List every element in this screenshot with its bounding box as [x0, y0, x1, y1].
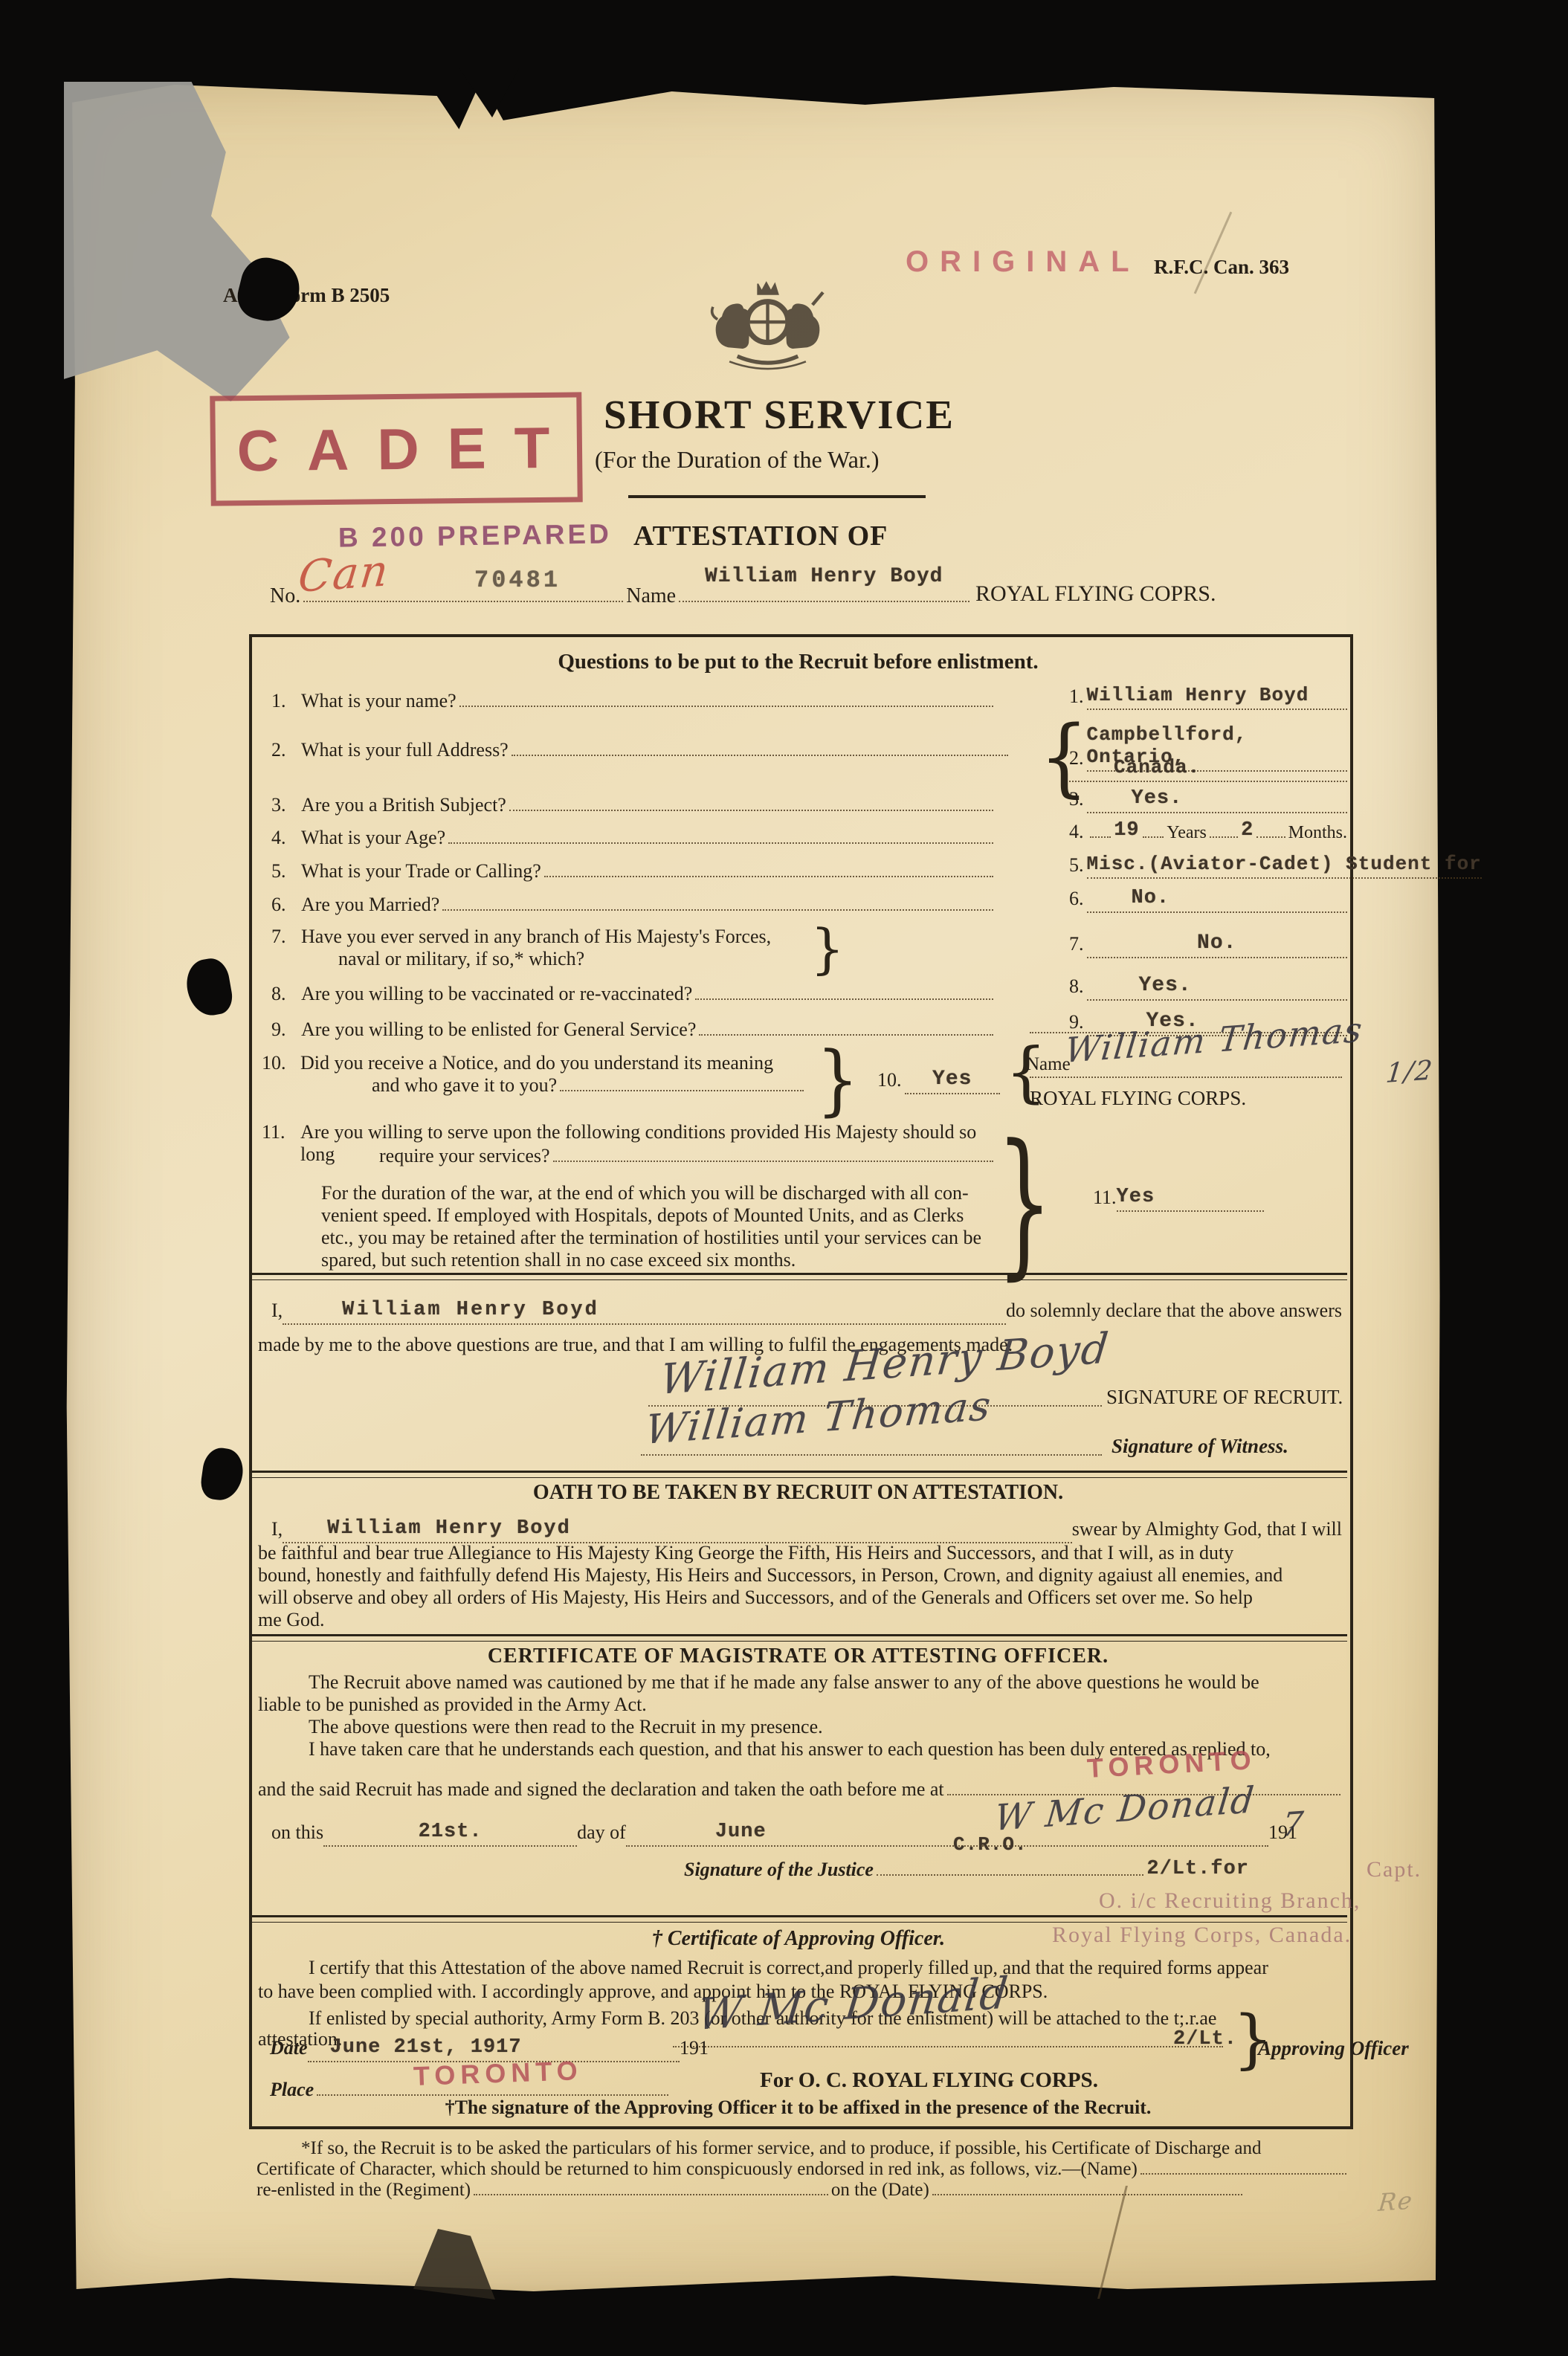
- answer-row: Canada.: [1069, 758, 1347, 782]
- cadet-stamp: CADET: [210, 392, 583, 506]
- conditions-line: etc., you may be retained after the term…: [321, 1227, 990, 1249]
- answer-row: 4. 19 Years 2 Months.: [1069, 821, 1347, 845]
- question-number: 1.: [271, 690, 301, 712]
- oath-line: will observe and obey all orders of His …: [258, 1587, 1347, 1609]
- dotted-leader: [512, 755, 1008, 756]
- declaration-rest: do solemnly declare that the above answe…: [1006, 1300, 1342, 1322]
- approving-footnote: †The signature of the Approving Officer …: [249, 2097, 1347, 2119]
- answer-typed: No.: [1197, 932, 1236, 955]
- dotted-leader: [695, 998, 993, 1000]
- answer-field: Yes: [1117, 1188, 1264, 1212]
- date-label: Date: [270, 2037, 308, 2059]
- footer-note-text: re-enlisted in the (Regiment): [257, 2180, 471, 2201]
- lt-typed: 2/Lt.: [1173, 2028, 1237, 2050]
- answer-number: 8.: [1069, 975, 1084, 998]
- question-row: 6. Are you Married?: [271, 894, 996, 916]
- lt-for-typed: 2/Lt.for: [1146, 1858, 1249, 1880]
- justice-signature-line: Signature of the Justice 2/Lt.for: [684, 1859, 1249, 1882]
- question-text: What is your Age?: [301, 827, 445, 849]
- question-text: Are you willing to be vaccinated or re-v…: [301, 983, 692, 1005]
- oath-line: bound, honestly and faithfully defend Hi…: [258, 1564, 1347, 1587]
- dotted-leader: [442, 909, 993, 911]
- service-number-typed: 70481: [474, 567, 561, 594]
- question-row: naval or military, if so,* which?: [338, 948, 807, 970]
- question-text: require your services?: [379, 1145, 550, 1167]
- question-number: 2.: [271, 739, 301, 761]
- question-number: 5.: [271, 860, 301, 882]
- dotted-leader: [1210, 836, 1238, 838]
- corps-name-header: ROYAL FLYING COPRS.: [975, 581, 1216, 607]
- question-row: 9. Are you willing to be enlisted for Ge…: [271, 1019, 996, 1041]
- question-row: and who gave it to you?: [372, 1074, 807, 1097]
- age-months-typed: 2: [1241, 819, 1254, 842]
- margin-note-handwritten: 1/2: [1384, 1055, 1435, 1089]
- answer-field: William Henry Boyd: [1087, 686, 1348, 710]
- question-row: 1. What is your name?: [271, 690, 996, 712]
- question-text: Have you ever served in any branch of Hi…: [301, 926, 771, 948]
- title-rule: [628, 495, 926, 498]
- attestation-heading: ATTESTATION OF: [633, 520, 888, 553]
- before-me-text: and the said Recruit has made and signed…: [258, 1778, 944, 1801]
- for-oc-label: For O. C. ROYAL FLYING CORPS.: [760, 2068, 1098, 2093]
- answer-field: Misc.(Aviator-Cadet) Student for: [1087, 855, 1482, 879]
- question-number: 6.: [271, 894, 301, 916]
- answer-field: No.: [1087, 889, 1348, 913]
- answer-number: 4.: [1069, 821, 1084, 843]
- dotted-leader: [303, 601, 623, 602]
- question-brace: }: [816, 1042, 859, 1119]
- answer-row: 8. Yes.: [1069, 975, 1347, 1001]
- q10-corps-label: ROYAL FLYING CORPS.: [1030, 1087, 1246, 1110]
- i-label: I,: [271, 1300, 283, 1322]
- question-text: Are you willing to be enlisted for Gener…: [301, 1019, 696, 1041]
- answer-number: 11.: [1093, 1187, 1117, 1209]
- question-number: 9.: [271, 1019, 301, 1041]
- question-text: What is your Trade or Calling?: [301, 860, 541, 882]
- answer-typed: Misc.(Aviator-Cadet) Student for: [1087, 853, 1482, 875]
- question-row: 10. Did you receive a Notice, and do you…: [262, 1052, 812, 1074]
- age-years-typed: 19: [1114, 819, 1139, 842]
- section-divider: [249, 1634, 1347, 1642]
- oath-rest: swear by Almighty God, that I will: [1072, 1518, 1342, 1540]
- approving-officer-label: Approving Officer: [1258, 2037, 1409, 2060]
- form-subtitle: (For the Duration of the War.): [595, 446, 880, 474]
- months-label: Months.: [1288, 823, 1347, 844]
- answer-typed: Yes: [932, 1068, 972, 1091]
- dotted-line: [673, 2046, 1223, 2047]
- dotted-leader: [877, 1874, 1143, 1876]
- answer-number: 7.: [1069, 933, 1084, 955]
- oath-line: me God.: [258, 1609, 1347, 1631]
- years-label: Years: [1167, 823, 1207, 844]
- answer-typed: Canada.: [1114, 756, 1200, 778]
- signature-of-witness-label: Signature of Witness.: [1112, 1435, 1288, 1458]
- conditions-line: spared, but such retention shall in no c…: [321, 1249, 990, 1271]
- question-row: 4. What is your Age?: [271, 827, 996, 849]
- answer-typed: Yes.: [1139, 974, 1192, 997]
- answer-typed: No.: [1132, 887, 1170, 909]
- answer-number: 6.: [1069, 888, 1084, 910]
- section-divider: [249, 1273, 1347, 1280]
- answer-row: 3. Yes.: [1069, 788, 1347, 813]
- question-brace: }: [810, 922, 845, 975]
- i-label: I,: [271, 1518, 283, 1540]
- answer-field: No.: [1087, 934, 1348, 958]
- cadet-stamp-label: CADET: [214, 413, 578, 485]
- answer-row: 1. William Henry Boyd: [1069, 685, 1347, 710]
- approving-paragraph: I certify that this Attestation of the a…: [309, 1957, 1349, 1979]
- form-title: SHORT SERVICE: [604, 391, 955, 438]
- oath-name-typed: William Henry Boyd: [327, 1517, 571, 1540]
- oath-name-field: William Henry Boyd: [283, 1520, 1072, 1543]
- oath-line: be faithful and bear true Allegiance to …: [258, 1542, 1347, 1564]
- conditions-line: venient speed. If employed with Hospital…: [321, 1204, 990, 1227]
- recruiting-branch-stamp-line1: O. i/c Recruiting Branch,: [1099, 1888, 1361, 1914]
- oath-heading: OATH TO BE TAKEN BY RECRUIT ON ATTESTATI…: [249, 1481, 1347, 1505]
- dotted-leader: [1140, 2173, 1346, 2175]
- magistrate-heading: CERTIFICATE OF MAGISTRATE OR ATTESTING O…: [249, 1645, 1347, 1668]
- answer-row: 6. No.: [1069, 888, 1347, 913]
- question-text: What is your full Address?: [301, 739, 509, 761]
- answer-typed: Yes.: [1132, 787, 1183, 810]
- question-row: 8. Are you willing to be vaccinated or r…: [271, 983, 996, 1005]
- dotted-leader: [560, 1090, 804, 1091]
- capt-stamp: Capt.: [1367, 1857, 1422, 1882]
- answer-field: Yes.: [1087, 976, 1348, 1001]
- year-handwritten: 7: [1280, 1804, 1306, 1845]
- answer-number: 10.: [877, 1069, 902, 1091]
- footer-note-line1: *If so, the Recruit is to be asked the p…: [301, 2138, 1364, 2160]
- question-number: 11.: [262, 1121, 300, 1143]
- answer-row: 11. Yes: [1093, 1187, 1264, 1212]
- question-row: require your services?: [379, 1145, 996, 1167]
- service-number-prefix-handwritten: Can: [296, 545, 392, 602]
- answer-number: 5.: [1069, 854, 1084, 877]
- royal-crest-icon: [695, 280, 840, 378]
- pencil-mark: Re: [1377, 2186, 1415, 2217]
- date-typed: June 21st, 1917: [330, 2036, 522, 2059]
- answer-typed: William Henry Boyd: [1087, 684, 1309, 706]
- dotted-leader: [679, 601, 969, 602]
- approving-heading: † Certificate of Approving Officer.: [427, 1927, 1170, 1951]
- answer-number: 3.: [1069, 788, 1084, 810]
- dotted-leader: [459, 706, 993, 707]
- question-number: 8.: [271, 983, 301, 1005]
- name-label: Name: [626, 584, 676, 608]
- answer-number: 1.: [1069, 685, 1084, 708]
- conditions-line: For the duration of the war, at the end …: [321, 1182, 990, 1204]
- footer-note-line2: Certificate of Character, which should b…: [257, 2159, 1349, 2181]
- section-divider: [249, 1915, 1347, 1923]
- footer-note-text: Certificate of Character, which should b…: [257, 2159, 1138, 2181]
- conditions-brace: }: [996, 1124, 1053, 1282]
- dotted-leader: [1256, 836, 1285, 838]
- question-row: 3. Are you a British Subject?: [271, 794, 996, 816]
- magistrate-paragraph: The above questions were then read to th…: [309, 1716, 1349, 1738]
- dotted-leader: [553, 1161, 993, 1162]
- day-field: 21st.: [323, 1823, 577, 1847]
- answer-row: 7. No.: [1069, 933, 1347, 958]
- dotted-leader: [317, 2094, 668, 2096]
- question-row: 5. What is your Trade or Calling?: [271, 860, 996, 882]
- magistrate-paragraph: liable to be punished as provided in the…: [258, 1694, 1299, 1716]
- signature-of-recruit-label: SIGNATURE OF RECRUIT.: [1106, 1386, 1343, 1409]
- question-text: and who gave it to you?: [372, 1074, 557, 1097]
- dotted-leader: [1143, 836, 1164, 838]
- declaration-name-typed: William Henry Boyd: [342, 1299, 599, 1321]
- section-divider: [249, 1471, 1347, 1478]
- answer-row: 5. Misc.(Aviator-Cadet) Student for: [1069, 854, 1441, 879]
- signature-of-justice-label: Signature of the Justice: [684, 1859, 874, 1881]
- answer-field: Yes: [905, 1070, 1001, 1094]
- declaration-name-field: William Henry Boyd: [283, 1301, 1006, 1325]
- question-number: 10.: [262, 1052, 300, 1074]
- question-text: Are you a British Subject?: [301, 794, 506, 816]
- day-typed: 21st.: [419, 1821, 483, 1843]
- question-text: Did you receive a Notice, and do you und…: [300, 1052, 773, 1074]
- dotted-line: [1030, 1077, 1342, 1078]
- question-number: 7.: [271, 926, 301, 948]
- answer-typed: Yes: [1117, 1186, 1155, 1208]
- oath-line1: I, William Henry Boyd swear by Almighty …: [271, 1518, 1342, 1543]
- answer-row: 10. Yes: [877, 1069, 1000, 1094]
- footer-note-line3: re-enlisted in the (Regiment) on the (Da…: [257, 2180, 1245, 2201]
- declaration-line1: I, William Henry Boyd do solemnly declar…: [271, 1300, 1342, 1325]
- dotted-leader: [544, 876, 993, 877]
- magistrate-paragraph: The Recruit above named was cautioned by…: [309, 1671, 1349, 1694]
- month-typed: June: [715, 1821, 767, 1843]
- question-row: 2. What is your full Address?: [271, 739, 1011, 761]
- rfc-number: R.F.C. Can. 363: [1154, 256, 1289, 279]
- answer-field: Yes.: [1087, 790, 1348, 813]
- question-text: What is your name?: [301, 690, 456, 712]
- on-this-label: on this: [271, 1821, 323, 1844]
- question-number: 4.: [271, 827, 301, 849]
- dotted-leader: [448, 842, 993, 844]
- dotted-leader: [474, 2194, 828, 2195]
- dotted-leader: [509, 810, 993, 811]
- dotted-leader: [932, 2194, 1242, 2195]
- footer-note-text: on the (Date): [831, 2180, 929, 2201]
- question-text: naval or military, if so,* which?: [338, 948, 584, 970]
- dotted-leader: [1090, 836, 1112, 838]
- questions-heading: Questions to be put to the Recruit befor…: [249, 650, 1347, 674]
- answer-field: Canada.: [1069, 758, 1347, 782]
- question-text: Are you Married?: [301, 894, 439, 916]
- original-stamp: ORIGINAL: [906, 245, 1140, 279]
- scanned-document-stage: Army Form B 2505 ORIGINAL R.F.C. Can. 36…: [0, 0, 1568, 2356]
- dotted-line: [641, 1454, 1102, 1456]
- date-print-191: 191: [680, 2037, 709, 2059]
- question-row: 7. Have you ever served in any branch of…: [271, 926, 807, 948]
- day-of-label: day of: [577, 1821, 626, 1844]
- question-number: 3.: [271, 794, 301, 816]
